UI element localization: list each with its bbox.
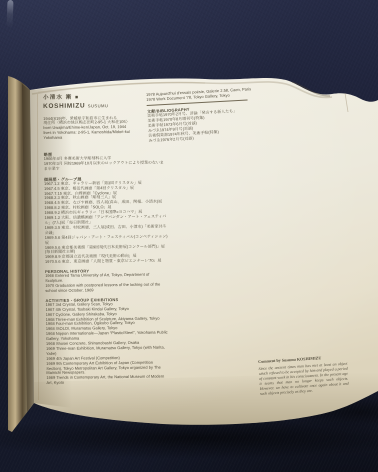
book-photo: 小清水 漸 ■ KOSHIMIZU SUSUMU 1944(S19)年、愛媛県宇… (0, 0, 378, 472)
artist-family-name-en: KOSHIMIZU (43, 102, 85, 110)
section-lines: 1966 Entered Tama University of Art, Tok… (45, 273, 168, 294)
artist-given-name-en: SUSUMU (88, 103, 109, 108)
bibliography-section: 文献/BIBLIOGRAPHY 美術手帖1970年2月号、評論「発言する新人たち… (147, 104, 255, 144)
text-line: 1970.5.6 東京、東京画廊「人間と物質・東京ビエンナーレ'70」展 (45, 259, 168, 265)
right-column: 1978 Aujourd'hui d'essais poésie, Galeri… (146, 87, 255, 143)
section-lines: 1967.1.2 東京、ギャラリー新宿「第3回クリスタル」展1967.4.5 東… (44, 180, 168, 265)
text-line: 1970年3月 同校1969年10月以来のロックアウトにより授業のないまま卒業す (44, 160, 167, 171)
exhibitions-japanese-section: 個展歴・グループ展 1967.1.2 東京、ギャラリー新宿「第3回クリスタル」展… (44, 175, 168, 265)
section-lines: 1967 3rd Crystal, Gallery Scan, Tokyo196… (46, 301, 170, 386)
section-lines: 1966年4月 多摩美術大学彫刻科に入学1970年3月 同校1969年10月以来… (44, 156, 167, 172)
text-line: 1969 Trends in Contemporary Art, the Nat… (46, 375, 169, 386)
name-marker-glyph: ■ (75, 95, 78, 101)
artist-family-name-jp: 小清水 (43, 95, 63, 101)
brief-history-section: 略歴 1966年4月 多摩美術大学彫刻科に入学1970年3月 同校1969年10… (44, 151, 167, 172)
section-lines: 美術手帖1970年2月号、評論「発言する新人たち」美術手帖1970年8月増刊号(… (147, 109, 254, 144)
printed-text-layer: 小清水 漸 ■ KOSHIMIZU SUSUMU 1944(S19)年、愛媛県宇… (0, 0, 378, 472)
artist-comment-block: Comment by Susumu KOSHIMIZU Since the an… (258, 354, 349, 398)
text-line: 1970 Graduation with postponed lessons o… (45, 282, 168, 293)
activities-section: ACTIVITIES - GROUP EXHIBITIONS 1967 3rd … (45, 296, 169, 386)
artist-given-name-jp: 漸 (66, 95, 73, 101)
personal-history-section: PERSONAL HISTORY 1966 Entered Tama Unive… (45, 268, 168, 294)
comment-body: Since the ancient times man has met at l… (258, 362, 349, 398)
